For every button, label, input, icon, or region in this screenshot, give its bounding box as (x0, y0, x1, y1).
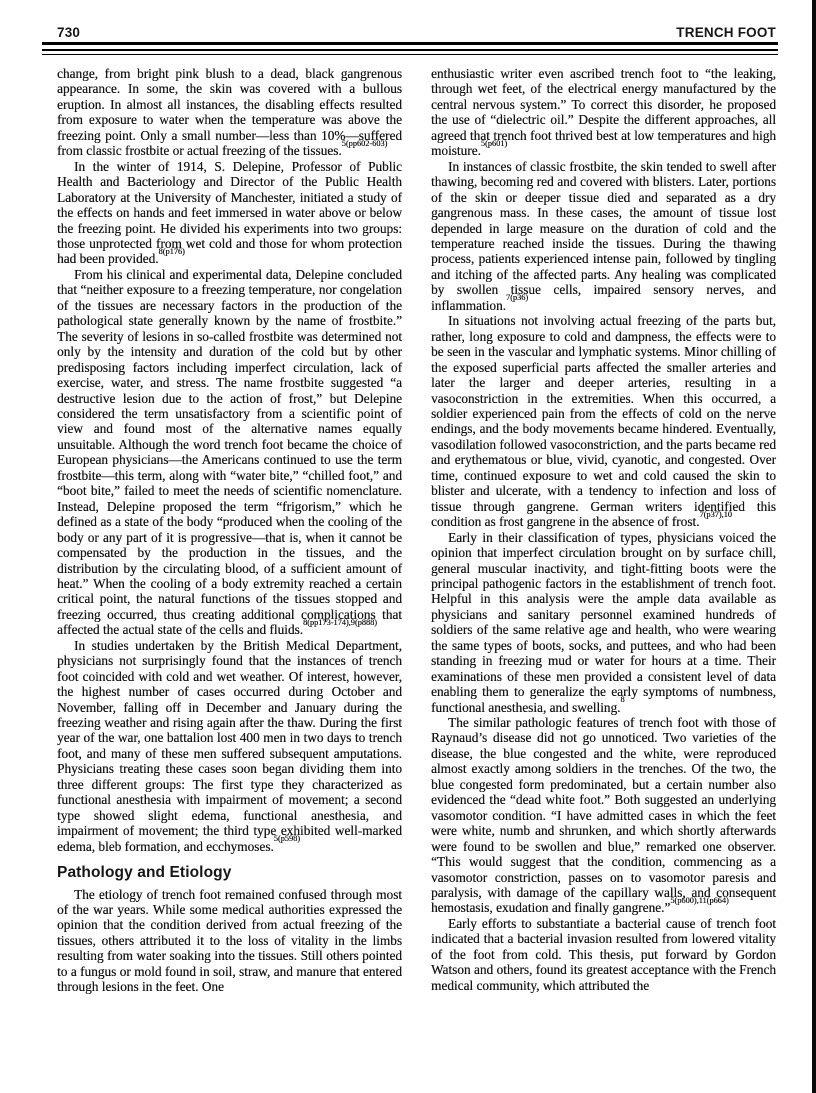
header-rules (42, 42, 778, 55)
paragraph: change, from bright pink blush to a dead… (57, 66, 402, 159)
page-header: 730 TRENCH FOOT (0, 0, 816, 40)
right-column: enthusiastic writer even ascribed trench… (431, 66, 776, 995)
running-title: TRENCH FOOT (676, 25, 776, 40)
paragraph-text: The etiology of trench foot remained con… (57, 887, 402, 995)
paragraph-text: The similar pathologic features of trenc… (431, 715, 776, 915)
page-number: 730 (57, 25, 80, 40)
paragraph-text: Early efforts to substantiate a bacteria… (431, 916, 776, 993)
paragraph-text: In situations not involving actual freez… (431, 313, 776, 529)
section-heading-pathology-and-etiology: Pathology and Etiology (57, 865, 402, 880)
paragraph: In instances of classic frostbite, the s… (431, 159, 776, 314)
reference-superscript: 7(p36) (506, 293, 528, 302)
reference-superscript: 5(p601) (481, 139, 507, 148)
reference-superscript: 5(p598) (274, 834, 300, 843)
reference-superscript: 8 (620, 695, 624, 704)
paragraph: The similar pathologic features of trenc… (431, 715, 776, 916)
paragraph: From his clinical and experimental data,… (57, 267, 402, 638)
reference-superscript: 8(pp173-174),9(p888) (303, 618, 377, 627)
two-column-body: change, from bright pink blush to a dead… (0, 55, 816, 995)
reference-superscript: 5(p600),11(p664) (670, 896, 728, 905)
scan-edge-bar (812, 0, 816, 1093)
paragraph-text: In studies undertaken by the British Med… (57, 638, 402, 854)
paragraph-text: In instances of classic frostbite, the s… (431, 159, 776, 313)
paragraph-text: In the winter of 1914, S. Delepine, Prof… (57, 159, 402, 267)
paragraph: In studies undertaken by the British Med… (57, 638, 402, 854)
header-rule-thick (42, 42, 778, 45)
paragraph-text: From his clinical and experimental data,… (57, 267, 402, 637)
paragraph: enthusiastic writer even ascribed trench… (431, 66, 776, 159)
reference-superscript: 5(pp602-603) (342, 139, 388, 148)
paragraph: In the winter of 1914, S. Delepine, Prof… (57, 159, 402, 267)
paragraph-text: Early in their classification of types, … (431, 530, 776, 715)
paragraph: The etiology of trench foot remained con… (57, 887, 402, 995)
paragraph: Early efforts to substantiate a bacteria… (431, 916, 776, 993)
left-column: change, from bright pink blush to a dead… (57, 66, 402, 995)
paragraph: Early in their classification of types, … (431, 530, 776, 715)
reference-superscript: 7(p37),10 (699, 510, 732, 519)
document-page: 730 TRENCH FOOT change, from bright pink… (0, 0, 816, 1093)
reference-superscript: 8(p176) (159, 247, 185, 256)
paragraph: In situations not involving actual freez… (431, 313, 776, 529)
